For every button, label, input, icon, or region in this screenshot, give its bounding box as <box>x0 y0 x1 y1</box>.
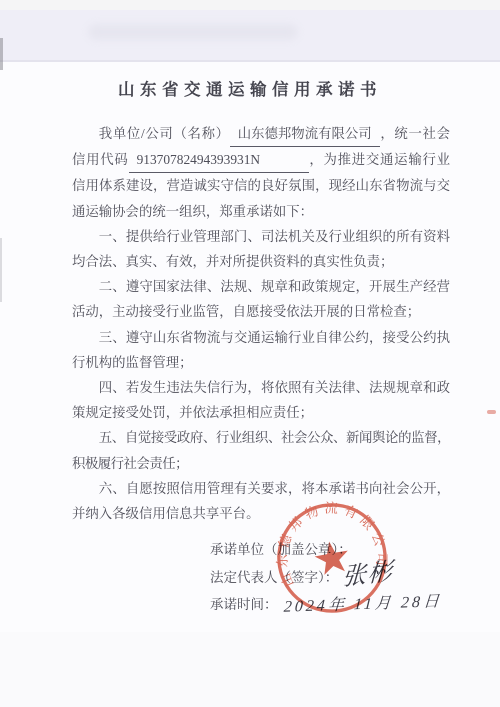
commitment-item-4: 四、若发生违法失信行为，将依照有关法律、法规规章和政策规定接受处罚，并依法承担相… <box>72 375 450 425</box>
scan-edge-artifact <box>0 238 2 302</box>
commitment-item-2: 二、遵守国家法律、法规、规章和政策规定，开展生产经营活动，主动接受行业监管，自愿… <box>72 274 450 324</box>
company-name-fill-in: 山东德邦物流有限公司 <box>230 121 380 147</box>
document-title: 山东省交通运输信用承诺书 <box>0 76 500 100</box>
document-body: 我单位/公司（名称）山东德邦物流有限公司，统一社会信用代码91370782494… <box>72 121 450 526</box>
date-label: 承诺时间： <box>210 597 278 612</box>
commitment-item-1: 一、提供给行业管理部门、司法机关及行业组织的所有资料均合法、真实、有效，并对所提… <box>72 224 450 274</box>
commitment-item-3: 三、遵守山东省物流与交通运输行业自律公约，接受公约执行机构的监督管理； <box>72 325 450 375</box>
scan-ghost-smudge <box>88 24 298 40</box>
scan-red-speck <box>487 410 496 414</box>
scan-band-top <box>0 0 500 10</box>
scanned-document-page: 山东省交通运输信用承诺书 我单位/公司（名称）山东德邦物流有限公司，统一社会信用… <box>0 0 500 707</box>
scan-edge-artifact <box>0 38 3 70</box>
commitment-item-6: 六、自愿按照信用管理有关要求，将本承诺书向社会公开，并纳入各级信用信息共享平台。 <box>72 476 450 526</box>
intro-prefix: 我单位/公司（名称） <box>99 126 230 141</box>
company-seal: 山东德邦物流有限公司 <box>264 490 401 627</box>
commitment-item-5: 五、自觉接受政府、行业组织、社会公众、新闻舆论的监督，积极履行社会责任； <box>72 425 450 475</box>
intro-paragraph: 我单位/公司（名称）山东德邦物流有限公司，统一社会信用代码91370782494… <box>72 121 450 224</box>
company-seal-graphic: 山东德邦物流有限公司 <box>264 490 401 627</box>
credit-code-fill-in: 91370782494393931N <box>129 147 309 173</box>
seal-star-icon <box>313 539 352 576</box>
scan-band-bottom <box>0 632 500 707</box>
